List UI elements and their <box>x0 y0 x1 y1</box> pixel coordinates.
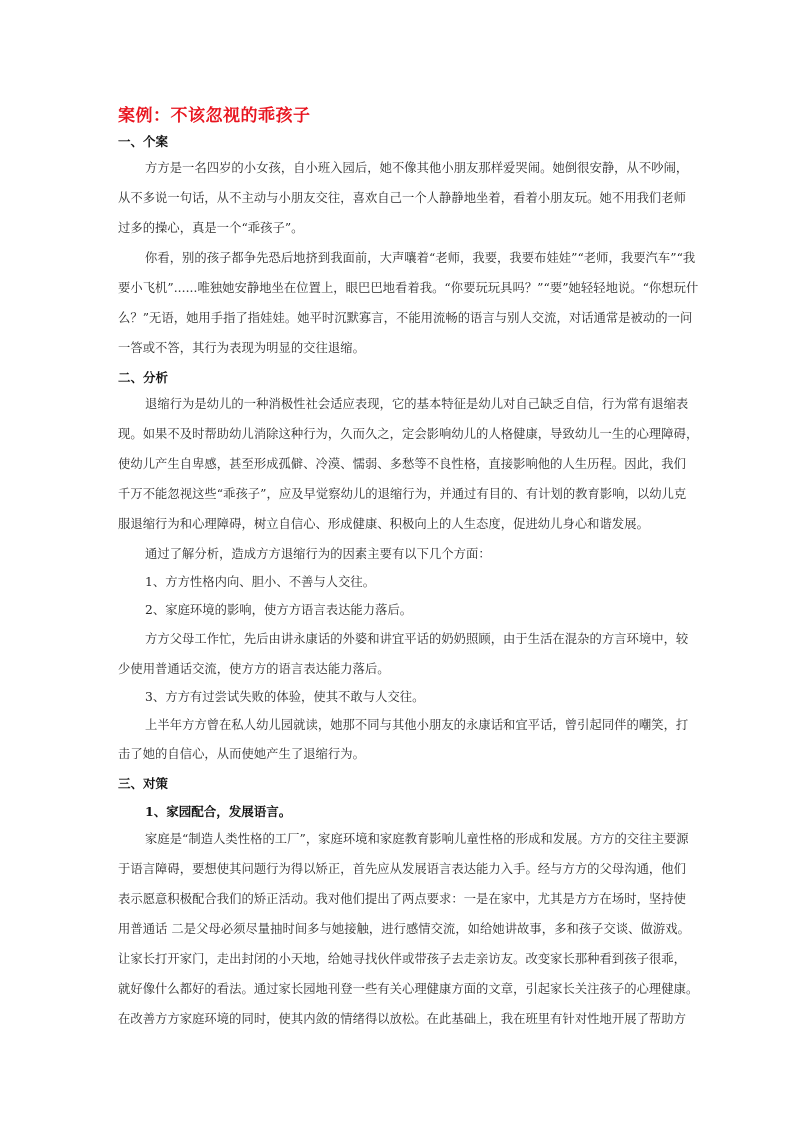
paragraph-line: 家庭是“制造人类性格的工厂”，家庭环境和家庭教育影响儿童性格的形成和发展。方方的… <box>145 831 705 847</box>
section-heading-case: 一、个案 <box>118 132 168 150</box>
paragraph-line: 过多的操心，真是一个“乖孩子”。 <box>118 220 678 236</box>
paragraph-line: 少使用普通话交流，使方方的语言表达能力落后。 <box>118 661 678 677</box>
paragraph-line: 现。如果不及时帮助幼儿消除这种行为，久而久之，定会影响幼儿的人格健康，导致幼儿一… <box>118 426 678 442</box>
section-heading-strategy: 三、对策 <box>118 774 168 792</box>
paragraph-line: 千万不能忽视这些“乖孩子”，应及早觉察幼儿的退缩行为，并通过有目的、有计划的教育… <box>118 486 678 502</box>
paragraph-line: 用普通话 二是父母必须尽量抽时间多与她接触，进行感情交流，如给她讲故事，多和孩子… <box>118 921 678 937</box>
paragraph-line: 么？”无语，她用手指了指娃娃。她平时沉默寡言，不能用流畅的语言与别人交流，对话通… <box>118 310 678 326</box>
paragraph-line: 你看，别的孩子都争先恐后地挤到我面前，大声嚷着“老师，我要，我要布娃娃”“老师，… <box>145 250 705 266</box>
paragraph-line: 就好像什么都好的看法。通过家长园地刊登一些有关心理健康方面的文章，引起家长关注孩… <box>118 981 678 997</box>
paragraph-line: 让家长打开家门，走出封闭的小天地，给她寻找伙伴或带孩子去走亲访友。改变家长那种看… <box>118 951 678 967</box>
paragraph-line: 一答或不答，其行为表现为明显的交往退缩。 <box>118 340 678 356</box>
document-page: 案例：不该忽视的乖孩子 一、个案 方方是一名四岁的小女孩，自小班入园后，她不像其… <box>0 0 794 1123</box>
paragraph-line: 服退缩行为和心理障碍，树立自信心、形成健康、积极向上的人生态度，促进幼儿身心和谐… <box>118 516 678 532</box>
list-item-factor-1: 1、方方性格内向、胆小、不善与人交往。 <box>145 574 705 590</box>
paragraph-line: 于语言障碍，要想使其问题行为得以矫正，首先应从发展语言表达能力入手。经与方方的父… <box>118 861 678 877</box>
paragraph-line: 在改善方方家庭环境的同时，使其内敛的情绪得以放松。在此基础上，我在班里有针对性地… <box>118 1011 678 1027</box>
paragraph-line: 方方是一名四岁的小女孩，自小班入园后，她不像其他小朋友那样爱哭闹。她倒很安静，从… <box>145 160 705 176</box>
list-item-factor-3: 3、方方有过尝试失败的体验，使其不敢与人交往。 <box>145 689 705 705</box>
section-heading-analysis: 二、分析 <box>118 368 168 386</box>
paragraph-line: 通过了解分析，造成方方退缩行为的因素主要有以下几个方面： <box>145 546 705 562</box>
paragraph-line: 从不多说一句话，从不主动与小朋友交往，喜欢自己一个人静静地坐着，看着小朋友玩。她… <box>118 190 678 206</box>
subheading-home-school: 1、家园配合，发展语言。 <box>145 802 291 820</box>
list-item-factor-2: 2、家庭环境的影响，使方方语言表达能力落后。 <box>145 602 705 618</box>
paragraph-line: 方方父母工作忙，先后由讲永康话的外婆和讲宜平话的奶奶照顾，由于生活在混杂的方言环… <box>145 631 705 647</box>
paragraph-line: 要小飞机”......唯独她安静地坐在位置上，眼巴巴地看着我。“你要玩玩具吗？”… <box>118 280 678 296</box>
document-title: 案例：不该忽视的乖孩子 <box>118 101 311 126</box>
paragraph-line: 上半年方方曾在私人幼儿园就读，她那不同与其他小朋友的永康话和宜平话，曾引起同伴的… <box>145 717 705 733</box>
paragraph-line: 表示愿意积极配合我们的矫正活动。我对他们提出了两点要求：一是在家中，尤其是方方在… <box>118 891 678 907</box>
paragraph-line: 击了她的自信心，从而使她产生了退缩行为。 <box>118 746 678 762</box>
paragraph-line: 退缩行为是幼儿的一种消极性社会适应表现，它的基本特征是幼儿对自己缺乏自信，行为常… <box>145 396 705 412</box>
paragraph-line: 使幼儿产生自卑感，甚至形成孤僻、冷漠、懦弱、多愁等不良性格，直接影响他的人生历程… <box>118 456 678 472</box>
